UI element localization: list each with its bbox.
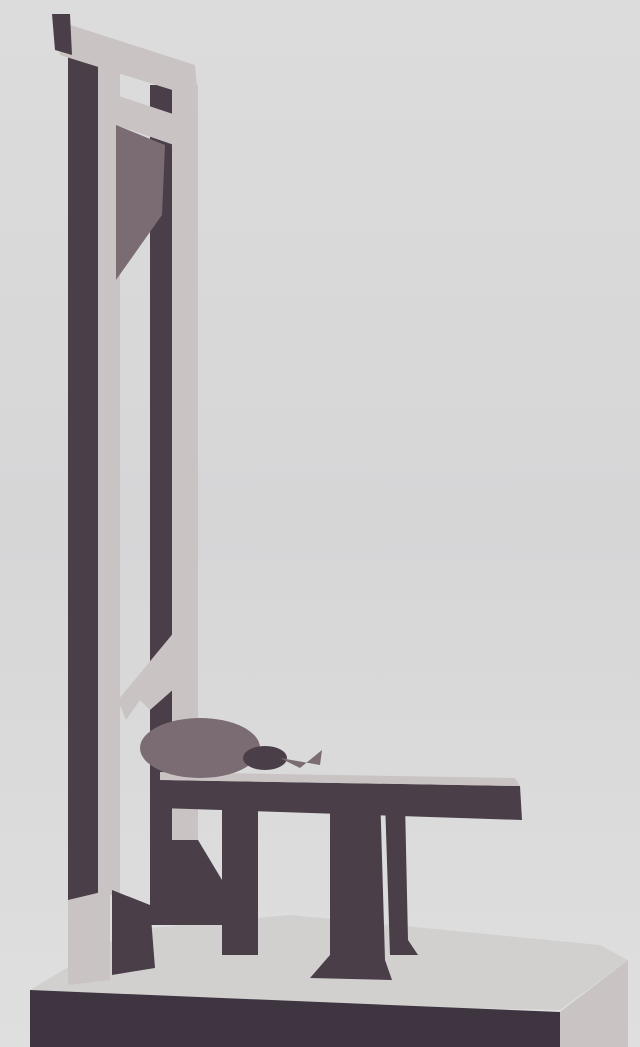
photograph bbox=[0, 0, 640, 1047]
left-upright bbox=[68, 40, 120, 910]
figure bbox=[140, 718, 322, 778]
guillotine-model-illustration bbox=[0, 0, 640, 1047]
